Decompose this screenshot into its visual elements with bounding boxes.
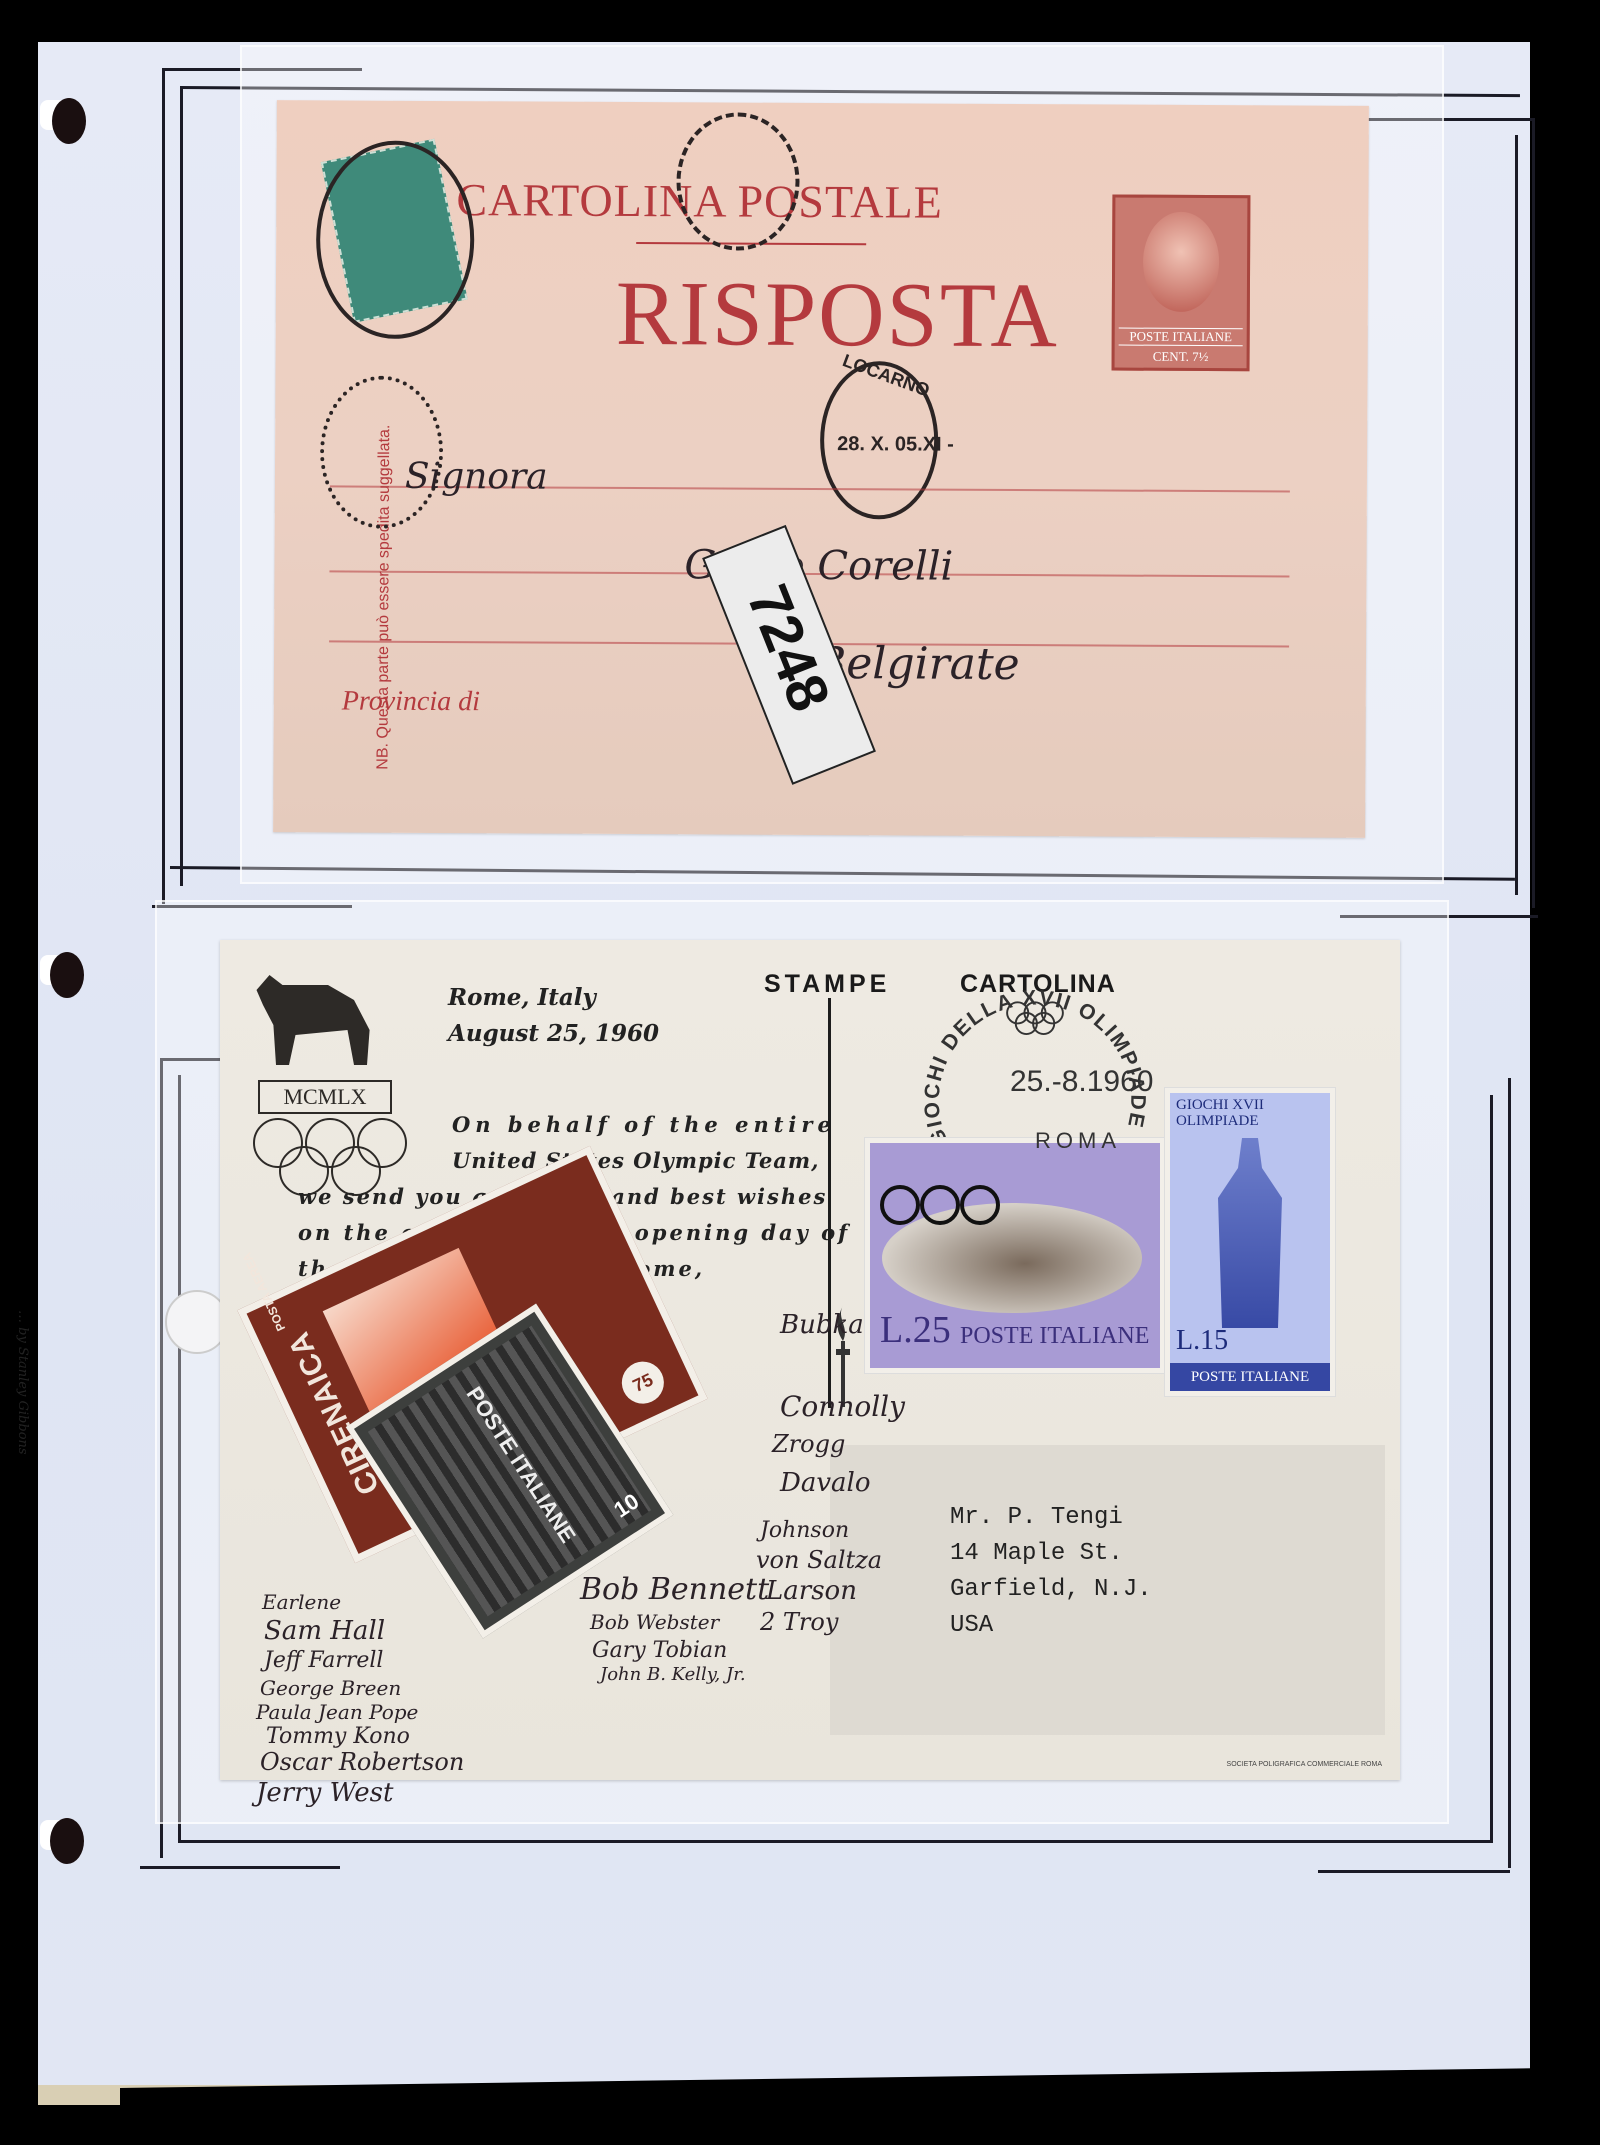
binder-ring-hole	[52, 98, 86, 144]
olympic-rings-icon	[878, 1183, 1018, 1233]
address-line-1: Signora	[405, 456, 548, 498]
stamp-label: POSTE ITALIANE	[1170, 1363, 1330, 1391]
message-line: United States Olympic Team,	[452, 1148, 819, 1173]
card-heading: Rome, Italy August 25, 1960	[448, 980, 659, 1052]
indicia-label: POSTE ITALIANE	[1119, 328, 1243, 347]
stamp-value: L.25	[880, 1308, 951, 1352]
card-subtitle: RISPOSTA	[616, 260, 1060, 368]
signature: John B. Kelly, Jr.	[600, 1664, 746, 1685]
signature: Bob Webster	[590, 1610, 719, 1634]
stamp-value: L.15	[1176, 1325, 1228, 1357]
signature: 2 Troy	[760, 1608, 838, 1636]
logo-banner: MCMLX	[258, 1080, 392, 1114]
signature: Larson	[766, 1576, 857, 1606]
heading-place: Rome, Italy	[448, 980, 659, 1016]
indicia-value: CENT. 7½	[1119, 349, 1243, 366]
signature: Jeff Farrell	[264, 1648, 383, 1673]
message-line: On behalf of the entire	[452, 1112, 836, 1137]
stamp-label: POSTE ITALIANE	[960, 1323, 1149, 1350]
signature: Sam Hall	[264, 1616, 385, 1646]
postmark-belgirate	[320, 375, 444, 529]
heading-date: August 25, 1960	[448, 1016, 659, 1052]
postmark-locarno-1	[316, 140, 475, 339]
signature: Davalo	[780, 1468, 871, 1498]
postmark-date: 28. X. 05.XI -	[837, 433, 954, 457]
signature: Oscar Robertson	[260, 1748, 464, 1776]
imprinted-stamp: POSTE ITALIANE CENT. 7½	[1112, 195, 1251, 372]
stamp-l15-statue: GIOCHI XVIIOLIMPIADE L.15 POSTE ITALIANE	[1165, 1088, 1335, 1396]
signature: Tommy Kono	[266, 1724, 410, 1749]
frame-line	[1490, 1095, 1493, 1840]
stamp-airmail-label: POSTA AEREA	[240, 1250, 289, 1333]
frame-line	[1532, 118, 1535, 908]
frame-line	[1318, 1870, 1510, 1873]
postcard-risposta: CARTOLINA POSTALE RISPOSTA POSTE ITALIAN…	[273, 100, 1369, 838]
address-label: Mr. P. Tengi14 Maple St.Garfield, N.J.US…	[830, 1445, 1385, 1735]
signature: Connolly	[780, 1390, 905, 1423]
signature: Bob Bennett	[580, 1572, 769, 1607]
binder-ring-hole	[50, 1818, 84, 1864]
capitoline-wolf-icon	[250, 970, 380, 1070]
signature: Earlene	[262, 1590, 341, 1614]
signature: Zrogg	[772, 1430, 845, 1458]
provincia-label: Provincia di	[342, 685, 480, 718]
postmark-city: ROMA	[1035, 1128, 1121, 1154]
frame-line	[178, 1840, 1493, 1843]
page-side-label: … by Stanley Gibbons	[15, 1310, 30, 1455]
card-divider	[828, 998, 831, 1408]
frame-line	[162, 68, 165, 904]
frame-line	[1508, 1078, 1511, 1868]
postmark-faint	[676, 112, 800, 251]
postmark-date: 25.-8.1960	[1010, 1065, 1153, 1099]
signature: Gary Tobian	[592, 1638, 727, 1663]
frame-line	[140, 1866, 340, 1869]
recipient-address: Mr. P. Tengi14 Maple St.Garfield, N.J.US…	[950, 1500, 1152, 1644]
stamp-header: GIOCHI XVIIOLIMPIADE	[1176, 1097, 1264, 1129]
signature: Johnson	[760, 1518, 849, 1543]
postcard-olympics-1960: MCMLX Rome, Italy August 25, 1960 On beh…	[220, 940, 1400, 1780]
stampe-label: STAMPE	[764, 970, 890, 999]
frame-line	[1515, 135, 1518, 895]
frame-line	[180, 86, 183, 886]
statue-icon	[1210, 1138, 1290, 1338]
signature: Jerry West	[256, 1778, 393, 1808]
stamp-l25-stadium: L.25 POSTE ITALIANE	[865, 1138, 1165, 1373]
printer-imprint: SOCIETA POLIGRAFICA COMMERCIALE ROMA	[1227, 1761, 1382, 1768]
binder-ring-hole	[50, 952, 84, 998]
signature: von Saltza	[756, 1546, 882, 1574]
stamp-value: 75	[615, 1355, 671, 1411]
signature: Paula Jean Pope	[256, 1700, 418, 1724]
king-portrait-icon	[1143, 212, 1220, 312]
signature: George Breen	[260, 1676, 401, 1700]
signature: Bubka	[780, 1310, 864, 1340]
